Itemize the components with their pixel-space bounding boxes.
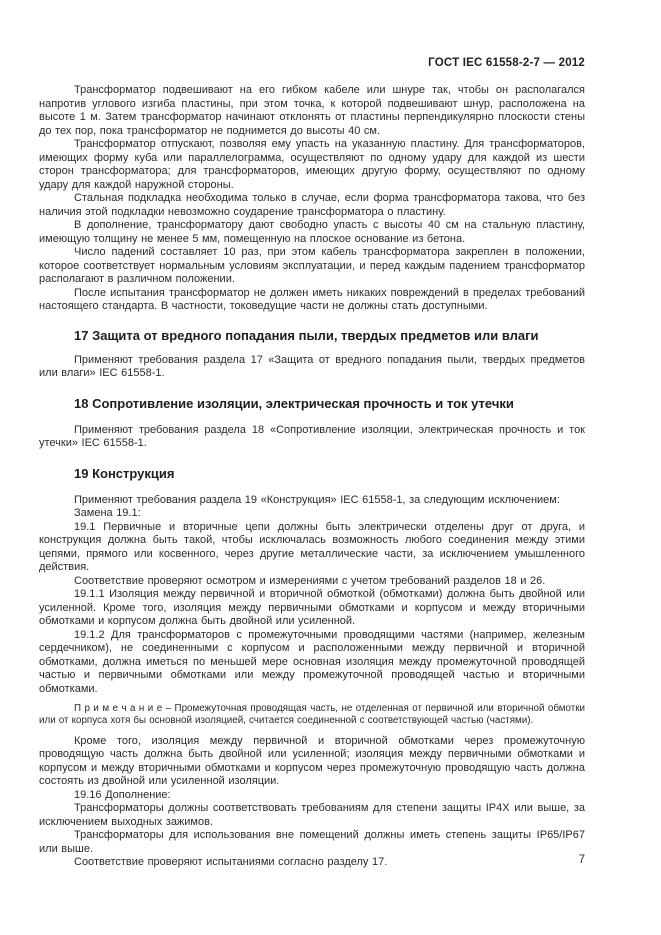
page-content: Трансформатор подвешивают на его гибком … xyxy=(39,84,585,870)
paragraph: Трансформатор отпускают, позволяя ему уп… xyxy=(39,138,585,192)
paragraph: Применяют требования раздела 17 «Защита … xyxy=(39,354,585,381)
note-paragraph: П р и м е ч а н и е – Промежуточная пров… xyxy=(39,703,585,727)
document-header: ГОСТ IEC 61558-2-7 — 2012 xyxy=(39,57,585,69)
paragraph: Соответствие проверяют осмотром и измере… xyxy=(39,575,585,589)
paragraph: 19.1.2 Для трансформаторов с промежуточн… xyxy=(39,629,585,697)
paragraph: Трансформаторы для использования вне пом… xyxy=(39,829,585,856)
paragraph: Трансформатор подвешивают на его гибком … xyxy=(39,84,585,138)
section-19-heading: 19 Конструкция xyxy=(39,466,585,482)
paragraph: После испытания трансформатор не должен … xyxy=(39,287,585,314)
paragraph: 19.1 Первичные и вторичные цепи должны б… xyxy=(39,521,585,575)
section-18-heading: 18 Сопротивление изоляции, электрическая… xyxy=(39,396,585,412)
paragraph: Применяют требования раздела 19 «Констру… xyxy=(39,494,585,508)
section-17-heading: 17 Защита от вредного попадания пыли, тв… xyxy=(39,328,585,344)
paragraph: Стальная подкладка необходима только в с… xyxy=(39,192,585,219)
page-number: 7 xyxy=(39,854,585,866)
document-page: ГОСТ IEC 61558-2-7 — 2012 Трансформатор … xyxy=(0,0,661,935)
paragraph: В дополнение, трансформатору дают свобод… xyxy=(39,219,585,246)
paragraph: Кроме того, изоляция между первичной и в… xyxy=(39,735,585,789)
paragraph: Число падений составляет 10 раз, при это… xyxy=(39,246,585,287)
paragraph: 19.1.1 Изоляция между первичной и вторич… xyxy=(39,588,585,629)
paragraph: Трансформаторы должны соответствовать тр… xyxy=(39,802,585,829)
paragraph: Замена 19.1: xyxy=(39,507,585,521)
paragraph: Применяют требования раздела 18 «Сопроти… xyxy=(39,424,585,451)
paragraph: 19.16 Дополнение: xyxy=(39,789,585,803)
